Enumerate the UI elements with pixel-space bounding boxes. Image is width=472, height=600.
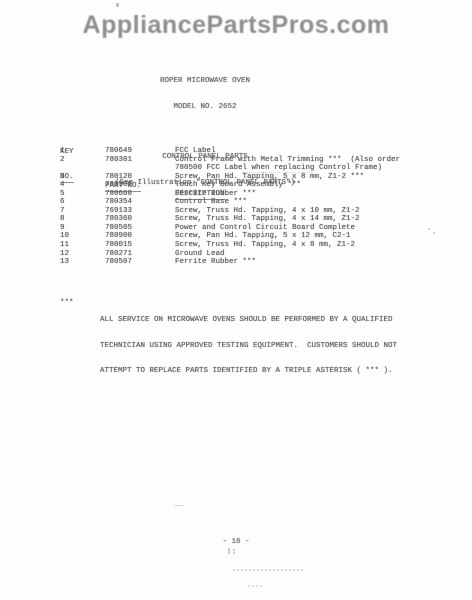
parts-table-body: 1780649FCC Label2780301Control Frame wit… xyxy=(60,147,440,267)
row-description: Control Frame with Metal Trimming *** (A… xyxy=(175,156,400,165)
row-part-number: 780120 xyxy=(105,173,171,182)
row-key-number: 4 xyxy=(60,181,100,190)
row-part-number: 780502 xyxy=(105,181,171,190)
table-row: 4780502Touch Key Board Assembly *** xyxy=(60,181,440,190)
row-key-number: 2 xyxy=(60,156,100,165)
row-description: Ferrite Rubber *** xyxy=(175,190,256,199)
row-key-number: 8 xyxy=(60,215,100,224)
row-description: Control Base *** xyxy=(175,198,247,207)
service-footnote: *** ALL SERVICE ON MICROWAVE OVENS SHOUL… xyxy=(60,299,440,333)
scan-artifact xyxy=(116,3,119,7)
scan-artifact xyxy=(248,585,262,589)
row-key-number: 11 xyxy=(60,241,100,250)
company-line: ROPER MICROWAVE OVEN xyxy=(55,77,355,86)
row-description: FCC Label xyxy=(175,147,216,156)
row-key-number: 12 xyxy=(60,250,100,259)
scan-artifact xyxy=(233,569,303,573)
footnote-marker: *** xyxy=(60,299,74,308)
row-part-number: 780649 xyxy=(105,147,171,156)
row-key-number: 13 xyxy=(60,258,100,267)
row-key-number: 6 xyxy=(60,198,100,207)
table-row: 1780649FCC Label xyxy=(60,147,440,156)
footnote-text: ALL SERVICE ON MICROWAVE OVENS SHOULD BE… xyxy=(100,299,397,393)
table-row: 5780660Ferrite Rubber *** xyxy=(60,190,440,199)
spacer xyxy=(55,128,355,136)
scan-artifact xyxy=(228,548,236,554)
row-key-number: 1 xyxy=(60,147,100,156)
table-row: 11780015Screw, Truss Hd. Tapping, 4 x 8 … xyxy=(60,241,440,250)
row-description: Screw, Pan Hd. Tapping, 5 x 8 mm, Z1-2 *… xyxy=(175,173,364,182)
scan-artifact xyxy=(428,228,438,236)
table-row: 3780120Screw, Pan Hd. Tapping, 5 x 8 mm,… xyxy=(60,173,440,182)
row-description: 780500 FCC Label when replacing Control … xyxy=(175,164,382,173)
table-row: 780500 FCC Label when replacing Control … xyxy=(60,164,440,173)
footnote-line: ALL SERVICE ON MICROWAVE OVENS SHOULD BE… xyxy=(100,316,397,325)
footnote-line: TECHNICIAN USING APPROVED TESTING EQUIPM… xyxy=(100,342,397,351)
row-part-number: 780360 xyxy=(105,215,171,224)
footnote-line: ATTEMPT TO REPLACE PARTS IDENTIFIED BY A… xyxy=(100,367,397,376)
table-row: 13780507Ferrite Rubber *** xyxy=(60,258,440,267)
row-part-number: 780660 xyxy=(105,190,171,199)
row-description: Screw, Truss Hd. Tapping, 4 x 8 mm, Z1-2 xyxy=(175,241,355,250)
table-row: 6780354Control Base *** xyxy=(60,198,440,207)
row-description: Ferrite Rubber *** xyxy=(175,258,256,267)
row-part-number: 780354 xyxy=(105,198,171,207)
row-description: Touch Key Board Assembly *** xyxy=(175,181,301,190)
row-part-number: 780271 xyxy=(105,250,171,259)
row-part-number: 780015 xyxy=(105,241,171,250)
row-part-number: 780900 xyxy=(105,232,171,241)
table-row: 8780360Screw, Truss Hd. Tapping, 4 x 14 … xyxy=(60,215,440,224)
row-part-number: 780301 xyxy=(105,156,171,165)
row-key-number: 7 xyxy=(60,207,100,216)
page-number: - 16 - xyxy=(0,538,472,547)
table-row: 12780271Ground Lead xyxy=(60,250,440,259)
watermark-logo: AppliancePartsPros.com xyxy=(0,11,472,40)
row-description: Ground Lead xyxy=(175,250,225,259)
row-key-number: 10 xyxy=(60,232,100,241)
model-line: MODEL NO. 2652 xyxy=(55,103,355,112)
row-description: Screw, Pan Hd. Tapping, 5 x 12 mm, C2-1 xyxy=(175,232,351,241)
row-key-number: 3 xyxy=(60,173,100,182)
row-description: Screw, Truss Hd. Tapping, 4 x 14 mm, Z1-… xyxy=(175,215,360,224)
row-key-number: 5 xyxy=(60,190,100,199)
scan-artifact xyxy=(174,505,183,508)
table-row: 2780301Control Frame with Metal Trimming… xyxy=(60,156,440,165)
row-part-number: 780507 xyxy=(105,258,171,267)
table-row: 10780900Screw, Pan Hd. Tapping, 5 x 12 m… xyxy=(60,232,440,241)
document-page: AppliancePartsPros.com ROPER MICROWAVE O… xyxy=(0,0,472,600)
